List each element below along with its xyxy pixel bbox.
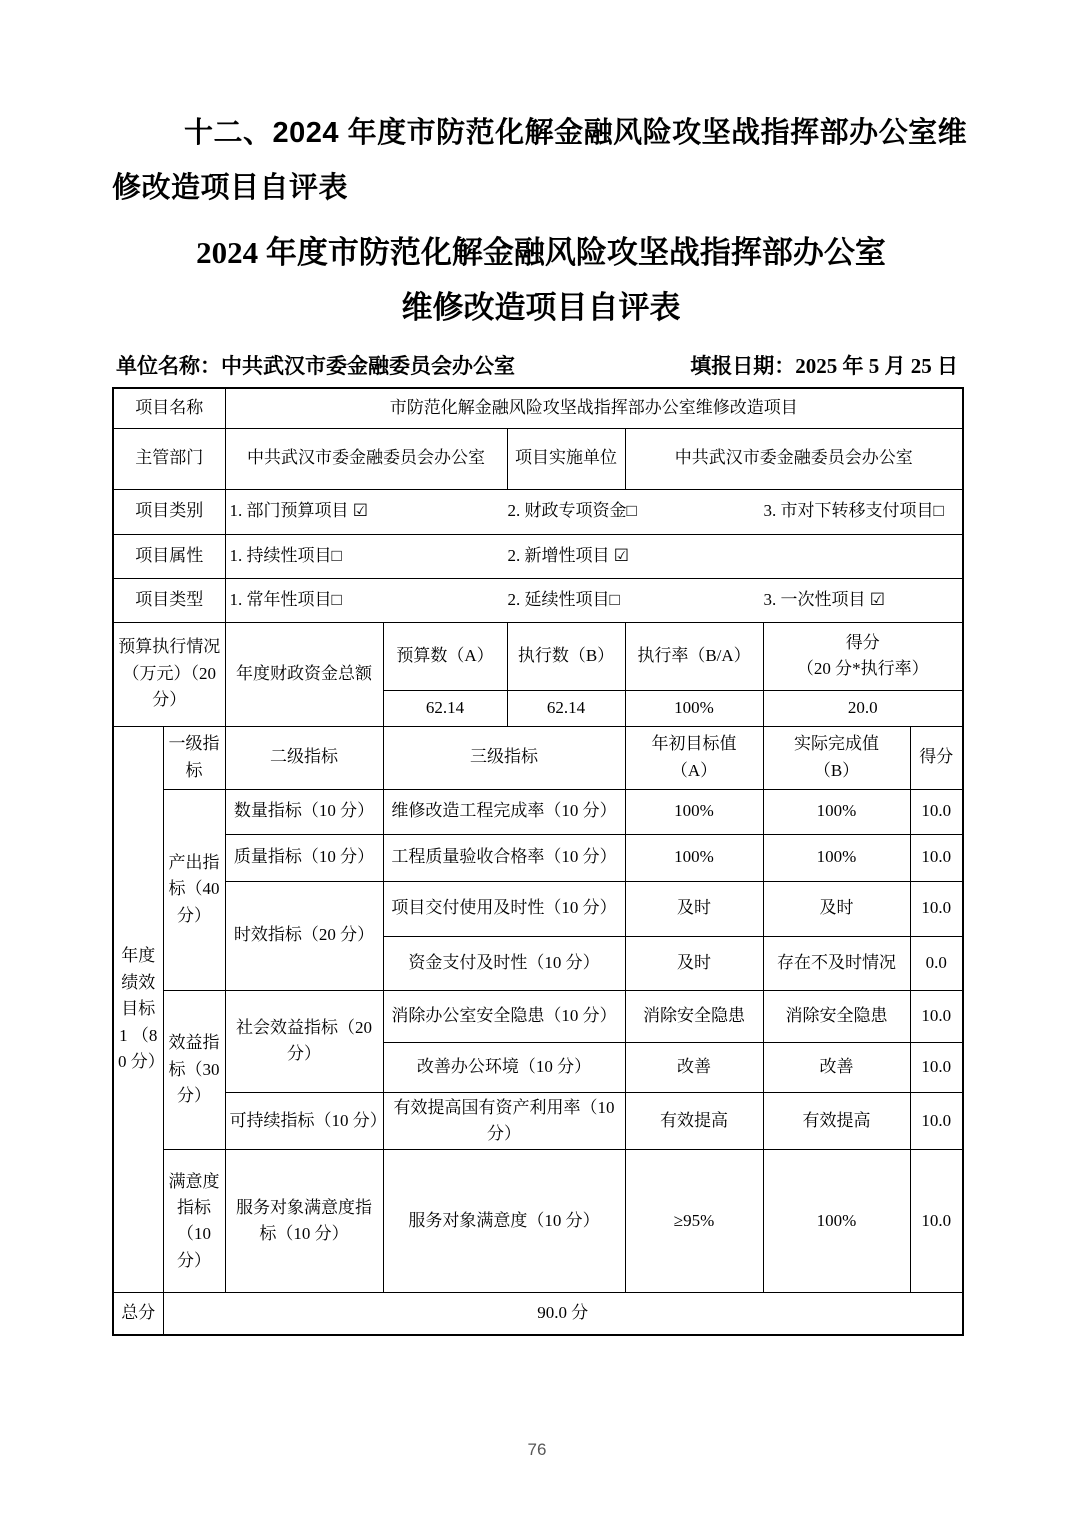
indicator-actual: 存在不及时情况 — [763, 936, 910, 990]
indicator-target: 及时 — [625, 936, 763, 990]
indicator-actual: 有效提高 — [763, 1092, 910, 1150]
budget-score-header-line1: 得分 — [768, 630, 959, 656]
type-options: 1. 常年性项目□ 2. 延续性项目□ 3. 一次性项目 ☑ — [225, 578, 963, 622]
unit-name: 单位名称：中共武汉市委金融委员会办公室 — [116, 350, 515, 380]
form-meta-row: 单位名称：中共武汉市委金融委员会办公室 填报日期：2025 年 5 月 25 日 — [112, 350, 970, 380]
table-row: 预算执行情况（万元）（20 分） 年度财政资金总额 预算数（A） 执行数（B） … — [113, 622, 963, 690]
checkbox-option-one-time: 3. 一次性项目 ☑ — [764, 587, 959, 613]
attribute-options: 1. 持续性项目□ 2. 新增性项目 ☑ — [225, 534, 963, 578]
indicator-actual: 消除安全隐患 — [763, 990, 910, 1042]
indicator-actual: 改善 — [763, 1042, 910, 1092]
total-score-label: 总分 — [113, 1293, 163, 1335]
project-name-label: 项目名称 — [113, 388, 225, 428]
page-number: 76 — [0, 1440, 1074, 1460]
total-score-value: 90.0 分 — [163, 1293, 963, 1335]
indicator-name: 工程质量验收合格率（10 分） — [383, 834, 625, 881]
self-evaluation-table: 项目名称 市防范化解金融风险攻坚战指挥部办公室维修改造项目 主管部门 中共武汉市… — [112, 387, 964, 1336]
target-header: 年初目标值 （A） — [625, 726, 763, 789]
indicator-target: 改善 — [625, 1042, 763, 1092]
actual-header-line2: （B） — [768, 758, 906, 784]
target-header-line2: （A） — [630, 758, 759, 784]
checkbox-option-annual: 1. 常年性项目□ — [230, 587, 508, 613]
checkbox-option-continuation: 2. 延续性项目□ — [508, 587, 764, 613]
quantity-indicator-label: 数量指标（10 分） — [225, 789, 383, 834]
indicator-actual: 及时 — [763, 881, 910, 936]
table-row: 总分 90.0 分 — [113, 1293, 963, 1335]
impl-unit-label: 项目实施单位 — [507, 428, 625, 489]
indicator-name: 维修改造工程完成率（10 分） — [383, 789, 625, 834]
quality-indicator-label: 质量指标（10 分） — [225, 834, 383, 881]
category-options: 1. 部门预算项目 ☑ 2. 财政专项资金□ 3. 市对下转移支付项目□ — [225, 489, 963, 534]
output-indicator-group: 产出指标（40 分） — [163, 789, 225, 990]
impl-unit-value: 中共武汉市委金融委员会办公室 — [625, 428, 963, 489]
category-label: 项目类别 — [113, 489, 225, 534]
project-name-value: 市防范化解金融风险攻坚战指挥部办公室维修改造项目 — [225, 388, 963, 428]
annual-fund-label: 年度财政资金总额 — [225, 622, 383, 726]
budget-amount-value: 62.14 — [383, 690, 507, 726]
table-row: 质量指标（10 分） 工程质量验收合格率（10 分） 100% 100% 10.… — [113, 834, 963, 881]
exec-amount-header: 执行数（B） — [507, 622, 625, 690]
indicator-name: 资金支付及时性（10 分） — [383, 936, 625, 990]
table-row: 可持续指标（10 分） 有效提高国有资产利用率（10 分） 有效提高 有效提高 … — [113, 1092, 963, 1150]
indicator-score: 10.0 — [910, 1042, 963, 1092]
indicator-name: 有效提高国有资产利用率（10 分） — [383, 1092, 625, 1150]
table-row: 满意度指标（10 分） 服务对象满意度指标（10 分） 服务对象满意度（10 分… — [113, 1150, 963, 1293]
form-title-line2: 维修改造项目自评表 — [112, 280, 970, 335]
checkbox-option-new: 2. 新增性项目 ☑ — [508, 543, 764, 569]
budget-amount-header: 预算数（A） — [383, 622, 507, 690]
indicator-score: 10.0 — [910, 789, 963, 834]
indicator-target: 100% — [625, 834, 763, 881]
actual-header: 实际完成值 （B） — [763, 726, 910, 789]
target-header-line1: 年初目标值 — [630, 731, 759, 757]
annual-perf-group-label: 年度绩效目标 1 （80 分） — [113, 726, 163, 1293]
table-row: 效益指标（30 分） 社会效益指标（20 分） 消除办公室安全隐患（10 分） … — [113, 990, 963, 1042]
dept-label: 主管部门 — [113, 428, 225, 489]
indicator-name: 改善办公环境（10 分） — [383, 1042, 625, 1092]
indicator-name: 消除办公室安全隐患（10 分） — [383, 990, 625, 1042]
table-row: 项目名称 市防范化解金融风险攻坚战指挥部办公室维修改造项目 — [113, 388, 963, 428]
score-header: 得分 — [910, 726, 963, 789]
table-row: 时效指标（20 分） 项目交付使用及时性（10 分） 及时 及时 10.0 — [113, 881, 963, 936]
indicator-score: 10.0 — [910, 1150, 963, 1293]
fill-date: 填报日期：2025 年 5 月 25 日 — [690, 350, 958, 380]
satisfaction-indicator-group: 满意度指标（10 分） — [163, 1150, 225, 1293]
level3-header: 三级指标 — [383, 726, 625, 789]
checkbox-option-special-fund: 2. 财政专项资金□ — [508, 498, 764, 524]
indicator-score: 10.0 — [910, 881, 963, 936]
budget-exec-label: 预算执行情况（万元）（20 分） — [113, 622, 225, 726]
budget-score-header: 得分 （20 分*执行率） — [763, 622, 963, 690]
document-content: 十二、2024 年度市防范化解金融风险攻坚战指挥部办公室维修改造项目自评表 20… — [112, 106, 970, 1336]
table-row: 项目属性 1. 持续性项目□ 2. 新增性项目 ☑ — [113, 534, 963, 578]
exec-amount-value: 62.14 — [507, 690, 625, 726]
budget-score-value: 20.0 — [763, 690, 963, 726]
indicator-actual: 100% — [763, 834, 910, 881]
dept-value: 中共武汉市委金融委员会办公室 — [225, 428, 507, 489]
section-heading: 十二、2024 年度市防范化解金融风险攻坚战指挥部办公室维修改造项目自评表 — [112, 106, 970, 216]
table-row: 产出指标（40 分） 数量指标（10 分） 维修改造工程完成率（10 分） 10… — [113, 789, 963, 834]
level2-header: 二级指标 — [225, 726, 383, 789]
benefit-indicator-group: 效益指标（30 分） — [163, 990, 225, 1150]
attribute-label: 项目属性 — [113, 534, 225, 578]
social-benefit-indicator-label: 社会效益指标（20 分） — [225, 990, 383, 1092]
sustainability-indicator-label: 可持续指标（10 分） — [225, 1092, 383, 1150]
indicator-target: ≥95% — [625, 1150, 763, 1293]
timeliness-indicator-label: 时效指标（20 分） — [225, 881, 383, 990]
indicator-target: 及时 — [625, 881, 763, 936]
exec-rate-value: 100% — [625, 690, 763, 726]
form-title: 2024 年度市防范化解金融风险攻坚战指挥部办公室 维修改造项目自评表 — [112, 225, 970, 335]
indicator-actual: 100% — [763, 789, 910, 834]
type-label: 项目类型 — [113, 578, 225, 622]
table-row: 主管部门 中共武汉市委金融委员会办公室 项目实施单位 中共武汉市委金融委员会办公… — [113, 428, 963, 489]
indicator-score: 10.0 — [910, 834, 963, 881]
indicator-target: 有效提高 — [625, 1092, 763, 1150]
indicator-target: 100% — [625, 789, 763, 834]
checkbox-option-dept-budget: 1. 部门预算项目 ☑ — [230, 498, 508, 524]
budget-score-header-line2: （20 分*执行率） — [768, 656, 959, 682]
indicator-name: 项目交付使用及时性（10 分） — [383, 881, 625, 936]
form-title-line1: 2024 年度市防范化解金融风险攻坚战指挥部办公室 — [112, 225, 970, 280]
exec-rate-header: 执行率（B/A） — [625, 622, 763, 690]
table-row: 年度绩效目标 1 （80 分） 一级指标 二级指标 三级指标 年初目标值 （A）… — [113, 726, 963, 789]
indicator-score: 10.0 — [910, 990, 963, 1042]
indicator-name: 服务对象满意度（10 分） — [383, 1150, 625, 1293]
indicator-actual: 100% — [763, 1150, 910, 1293]
service-satisfaction-indicator-label: 服务对象满意度指标（10 分） — [225, 1150, 383, 1293]
checkbox-option-continuous: 1. 持续性项目□ — [230, 543, 508, 569]
document-page: 十二、2024 年度市防范化解金融风险攻坚战指挥部办公室维修改造项目自评表 20… — [0, 0, 1074, 1520]
table-row: 项目类别 1. 部门预算项目 ☑ 2. 财政专项资金□ 3. 市对下转移支付项目… — [113, 489, 963, 534]
table-row: 项目类型 1. 常年性项目□ 2. 延续性项目□ 3. 一次性项目 ☑ — [113, 578, 963, 622]
indicator-score: 0.0 — [910, 936, 963, 990]
actual-header-line1: 实际完成值 — [768, 731, 906, 757]
level1-header: 一级指标 — [163, 726, 225, 789]
indicator-score: 10.0 — [910, 1092, 963, 1150]
checkbox-option-transfer-payment: 3. 市对下转移支付项目□ — [764, 498, 959, 524]
indicator-target: 消除安全隐患 — [625, 990, 763, 1042]
